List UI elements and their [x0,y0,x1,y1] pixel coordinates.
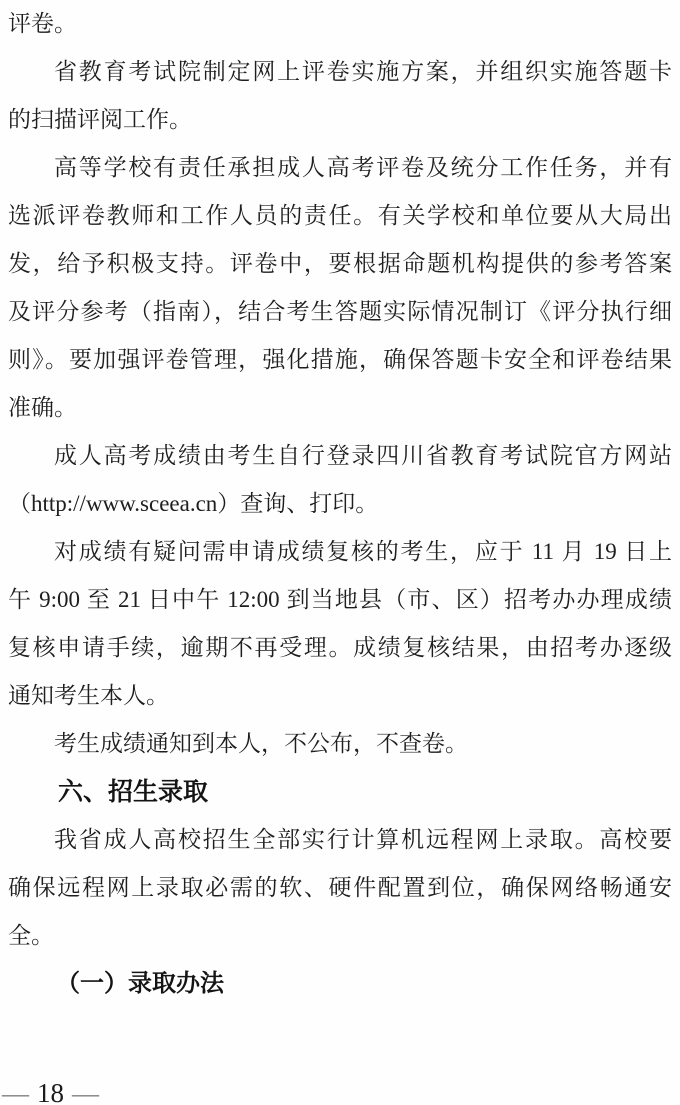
text-line: 对成绩有疑问需申请成绩复核的考生，应于 11 月 19 日上 [8,528,672,576]
text-line: 考生成绩通知到本人，不公布，不查卷。 [8,720,672,768]
text-line: 我省成人高校招生全部实行计算机远程网上录取。高校要 [8,816,672,864]
text-line: 全。 [8,912,672,960]
text-line: 则》。要加强评卷管理，强化措施，确保答题卡安全和评卷结果 [8,336,672,384]
text-line: 通知考生本人。 [8,672,672,720]
text-line: 的扫描评阅工作。 [8,96,672,144]
text-line: 高等学校有责任承担成人高考评卷及统分工作任务，并有 [8,144,672,192]
section-heading-admission: 六、招生录取 [8,768,672,816]
document-body: 评卷。 省教育考试院制定网上评卷实施方案，并组织实施答题卡 的扫描评阅工作。 高… [8,0,672,1008]
text-line: 省教育考试院制定网上评卷实施方案，并组织实施答题卡 [8,48,672,96]
text-line: 复核申请手续，逾期不再受理。成绩复核结果，由招考办逐级 [8,624,672,672]
text-line: 发，给予积极支持。评卷中，要根据命题机构提供的参考答案 [8,240,672,288]
subsection-heading-method: （一）录取办法 [8,960,672,1008]
text-line: 选派评卷教师和工作人员的责任。有关学校和单位要从大局出 [8,192,672,240]
text-line: 确保远程网上录取必需的软、硬件配置到位，确保网络畅通安 [8,864,672,912]
text-line: 午 9:00 至 21 日中午 12:00 到当地县（市、区）招考办办理成绩 [8,576,672,624]
text-line-website-url: （http://www.sceea.cn）查询、打印。 [8,480,672,528]
text-line: 评卷。 [8,0,672,48]
page-number-dash-right: — [72,1078,99,1105]
text-line: 及评分参考（指南），结合考生答题实际情况制订《评分执行细 [8,288,672,336]
page-number-dash-left: — [2,1078,29,1105]
text-line: 准确。 [8,384,672,432]
page-number-value: 18 [29,1078,72,1105]
document-page: 评卷。 省教育考试院制定网上评卷实施方案，并组织实施答题卡 的扫描评阅工作。 高… [0,0,680,1105]
text-line: 成人高考成绩由考生自行登录四川省教育考试院官方网站 [8,432,672,480]
page-number: —18— [2,1078,99,1105]
